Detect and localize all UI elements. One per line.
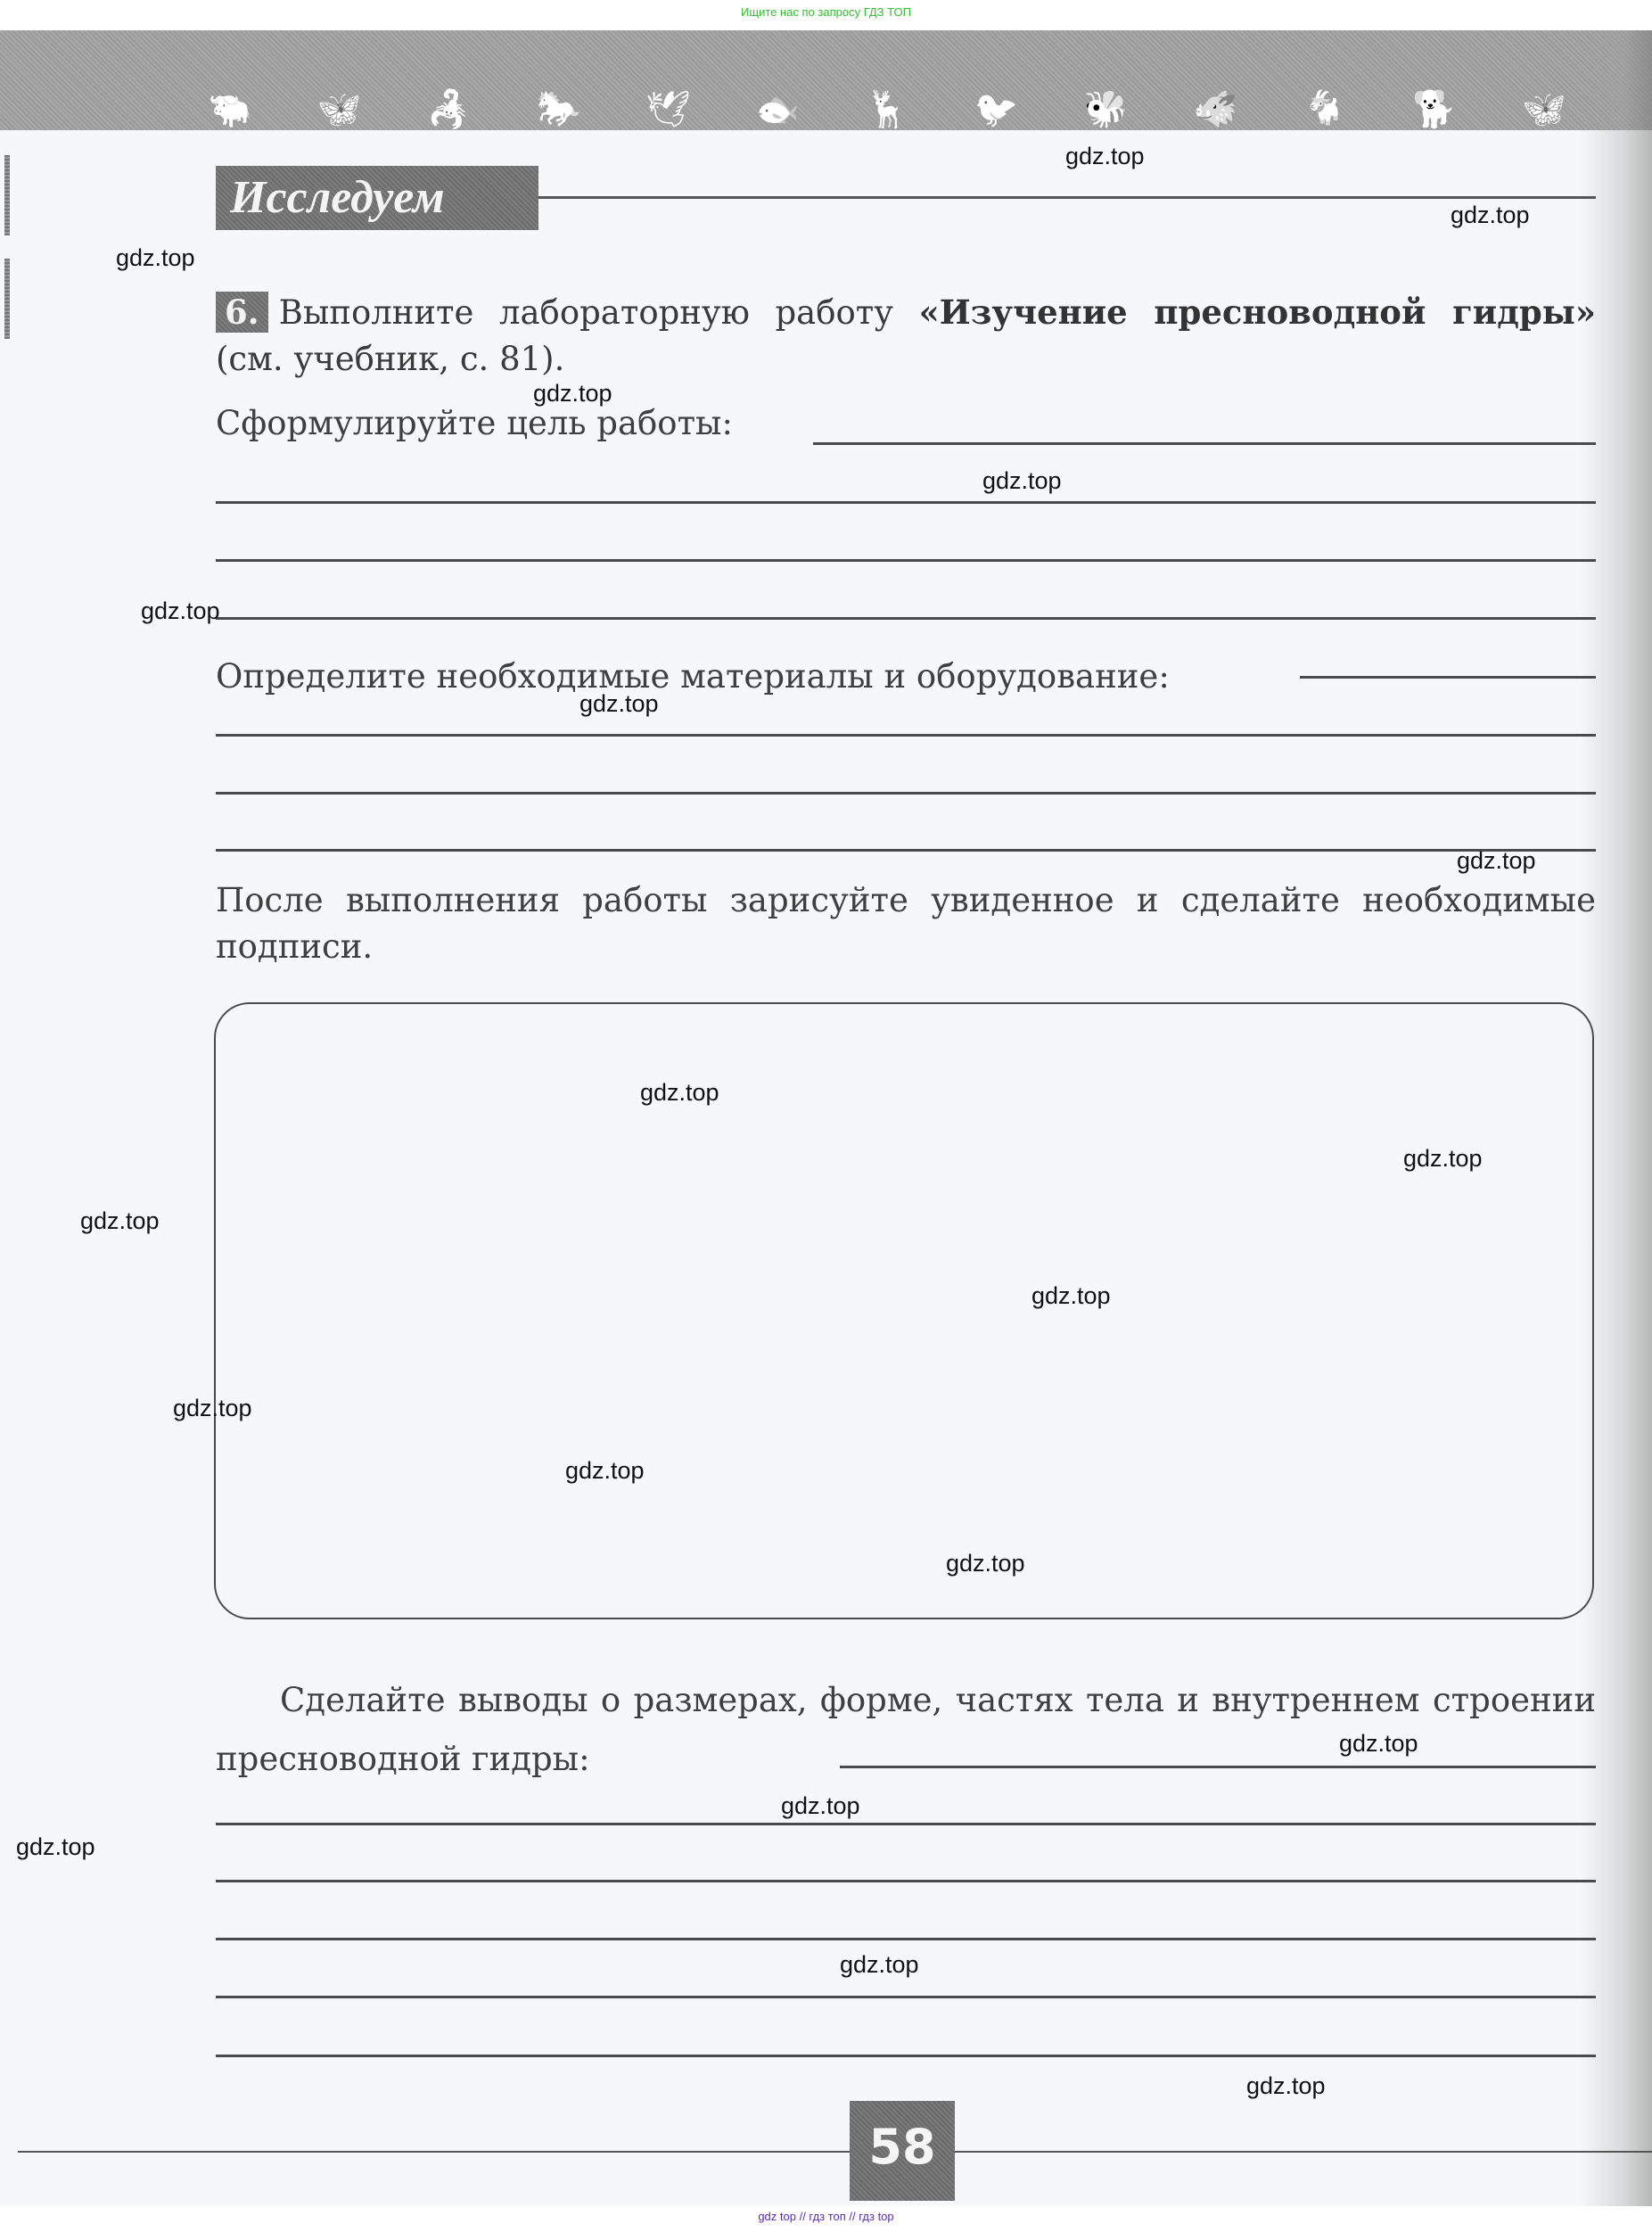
conclusions-answer-line-5[interactable] <box>216 1996 1596 1998</box>
watermark: gdz.top <box>533 380 612 408</box>
watermark: gdz.top <box>16 1833 95 1861</box>
task-text-prefix: Выполните лабораторную работу <box>279 293 919 332</box>
materials-prompt: Определите необходимые материалы и обору… <box>216 655 1170 699</box>
watermark: gdz.top <box>141 597 220 625</box>
task-number-badge: 6. <box>216 292 268 333</box>
conclusions-answer-line-2[interactable] <box>216 1823 1596 1825</box>
conclusions-answer-line-1[interactable] <box>840 1766 1596 1768</box>
watermark: gdz.top <box>982 467 1062 495</box>
watermark: gdz.top <box>579 690 659 718</box>
page-number: 58 <box>850 2101 955 2201</box>
margin-bar <box>4 259 10 339</box>
task-text-title: «Изучение пресноводной гидры» <box>919 292 1596 332</box>
goal-answer-line-4[interactable] <box>216 617 1596 620</box>
drawing-area[interactable] <box>214 1002 1594 1619</box>
watermark: gdz.top <box>565 1457 645 1485</box>
butterfly-icon: 🦋 <box>315 89 365 130</box>
watermark: gdz.top <box>173 1395 252 1422</box>
task-text-suffix: (см. учебник, с. 81). <box>216 340 564 378</box>
goal-answer-line-2[interactable] <box>216 501 1596 504</box>
watermark: gdz.top <box>1065 143 1145 170</box>
watermark: gdz.top <box>946 1550 1025 1577</box>
bird-standing-icon: 🐦 <box>972 89 1022 130</box>
watermark: gdz.top <box>1246 2072 1326 2100</box>
watermark: gdz.top <box>116 244 195 272</box>
footer-rule-left <box>18 2151 850 2153</box>
watermark: gdz.top <box>1031 1282 1111 1310</box>
watermark: gdz.top <box>1339 1730 1418 1758</box>
animal-silhouettes: 🐃🦋🦂🐎🕊🐟🦌🐦🐝🐗🐐🐕🦋 <box>205 86 1569 130</box>
conclusions-answer-line-6[interactable] <box>216 2055 1596 2057</box>
materials-answer-line-4[interactable] <box>216 849 1596 852</box>
footer-rule-right <box>955 2151 1652 2153</box>
task-6: 6.Выполните лабораторную работу «Изучени… <box>216 289 1596 383</box>
goal-answer-line-3[interactable] <box>216 559 1596 562</box>
horse-icon: 🐎 <box>533 89 583 130</box>
conclusions-answer-line-4[interactable] <box>216 1938 1596 1940</box>
top-banner-text: Ищите нас по запросу ГДЗ ТОП <box>741 5 911 19</box>
watermark: gdz.top <box>1451 202 1530 229</box>
goat-icon: 🐐 <box>1300 89 1350 130</box>
watermark: gdz.top <box>840 1951 919 1979</box>
running-dog-icon: 🐕 <box>1410 89 1459 130</box>
workbook-page: 🐃🦋🦂🐎🕊🐟🦌🐦🐝🐗🐐🐕🦋 Исследуем 6.Выполните лабо… <box>0 30 1652 2206</box>
fish-icon: 🐟 <box>752 89 802 130</box>
bottom-banner: gdz top // гдз топ // гдз top <box>0 2206 1652 2232</box>
goal-prompt: Сформулируйте цель работы: <box>216 401 733 446</box>
bird-icon: 🕊 <box>643 89 693 130</box>
scorpion-icon: 🦂 <box>424 89 474 130</box>
conclusions-answer-line-3[interactable] <box>216 1880 1596 1882</box>
section-title: Исследуем <box>216 166 538 230</box>
insect-icon: 🐝 <box>1081 89 1131 130</box>
bison-icon: 🐃 <box>205 89 255 130</box>
header-band: 🐃🦋🦂🐎🕊🐟🦌🐦🐝🐗🐐🐕🦋 <box>0 30 1652 130</box>
materials-answer-line-3[interactable] <box>216 792 1596 795</box>
watermark: gdz.top <box>640 1079 719 1107</box>
materials-answer-line-2[interactable] <box>216 734 1596 737</box>
margin-bar <box>4 155 10 235</box>
top-banner: Ищите нас по запросу ГДЗ ТОП <box>0 0 1652 30</box>
deer-icon: 🦌 <box>862 89 912 130</box>
watermark: gdz.top <box>1457 847 1536 875</box>
materials-answer-line-1[interactable] <box>1300 676 1596 679</box>
drawing-prompt: После выполнения работы зарисуйте увиден… <box>216 877 1596 970</box>
pig-icon: 🐗 <box>1190 89 1240 130</box>
bottom-banner-text: gdz top // гдз топ // гдз top <box>758 2210 893 2223</box>
watermark: gdz.top <box>80 1207 160 1235</box>
watermark: gdz.top <box>1403 1145 1483 1173</box>
section-rule <box>538 196 1596 199</box>
goal-answer-line-1[interactable] <box>813 442 1596 445</box>
watermark: gdz.top <box>781 1792 860 1820</box>
butterfly-icon: 🦋 <box>1519 89 1569 130</box>
